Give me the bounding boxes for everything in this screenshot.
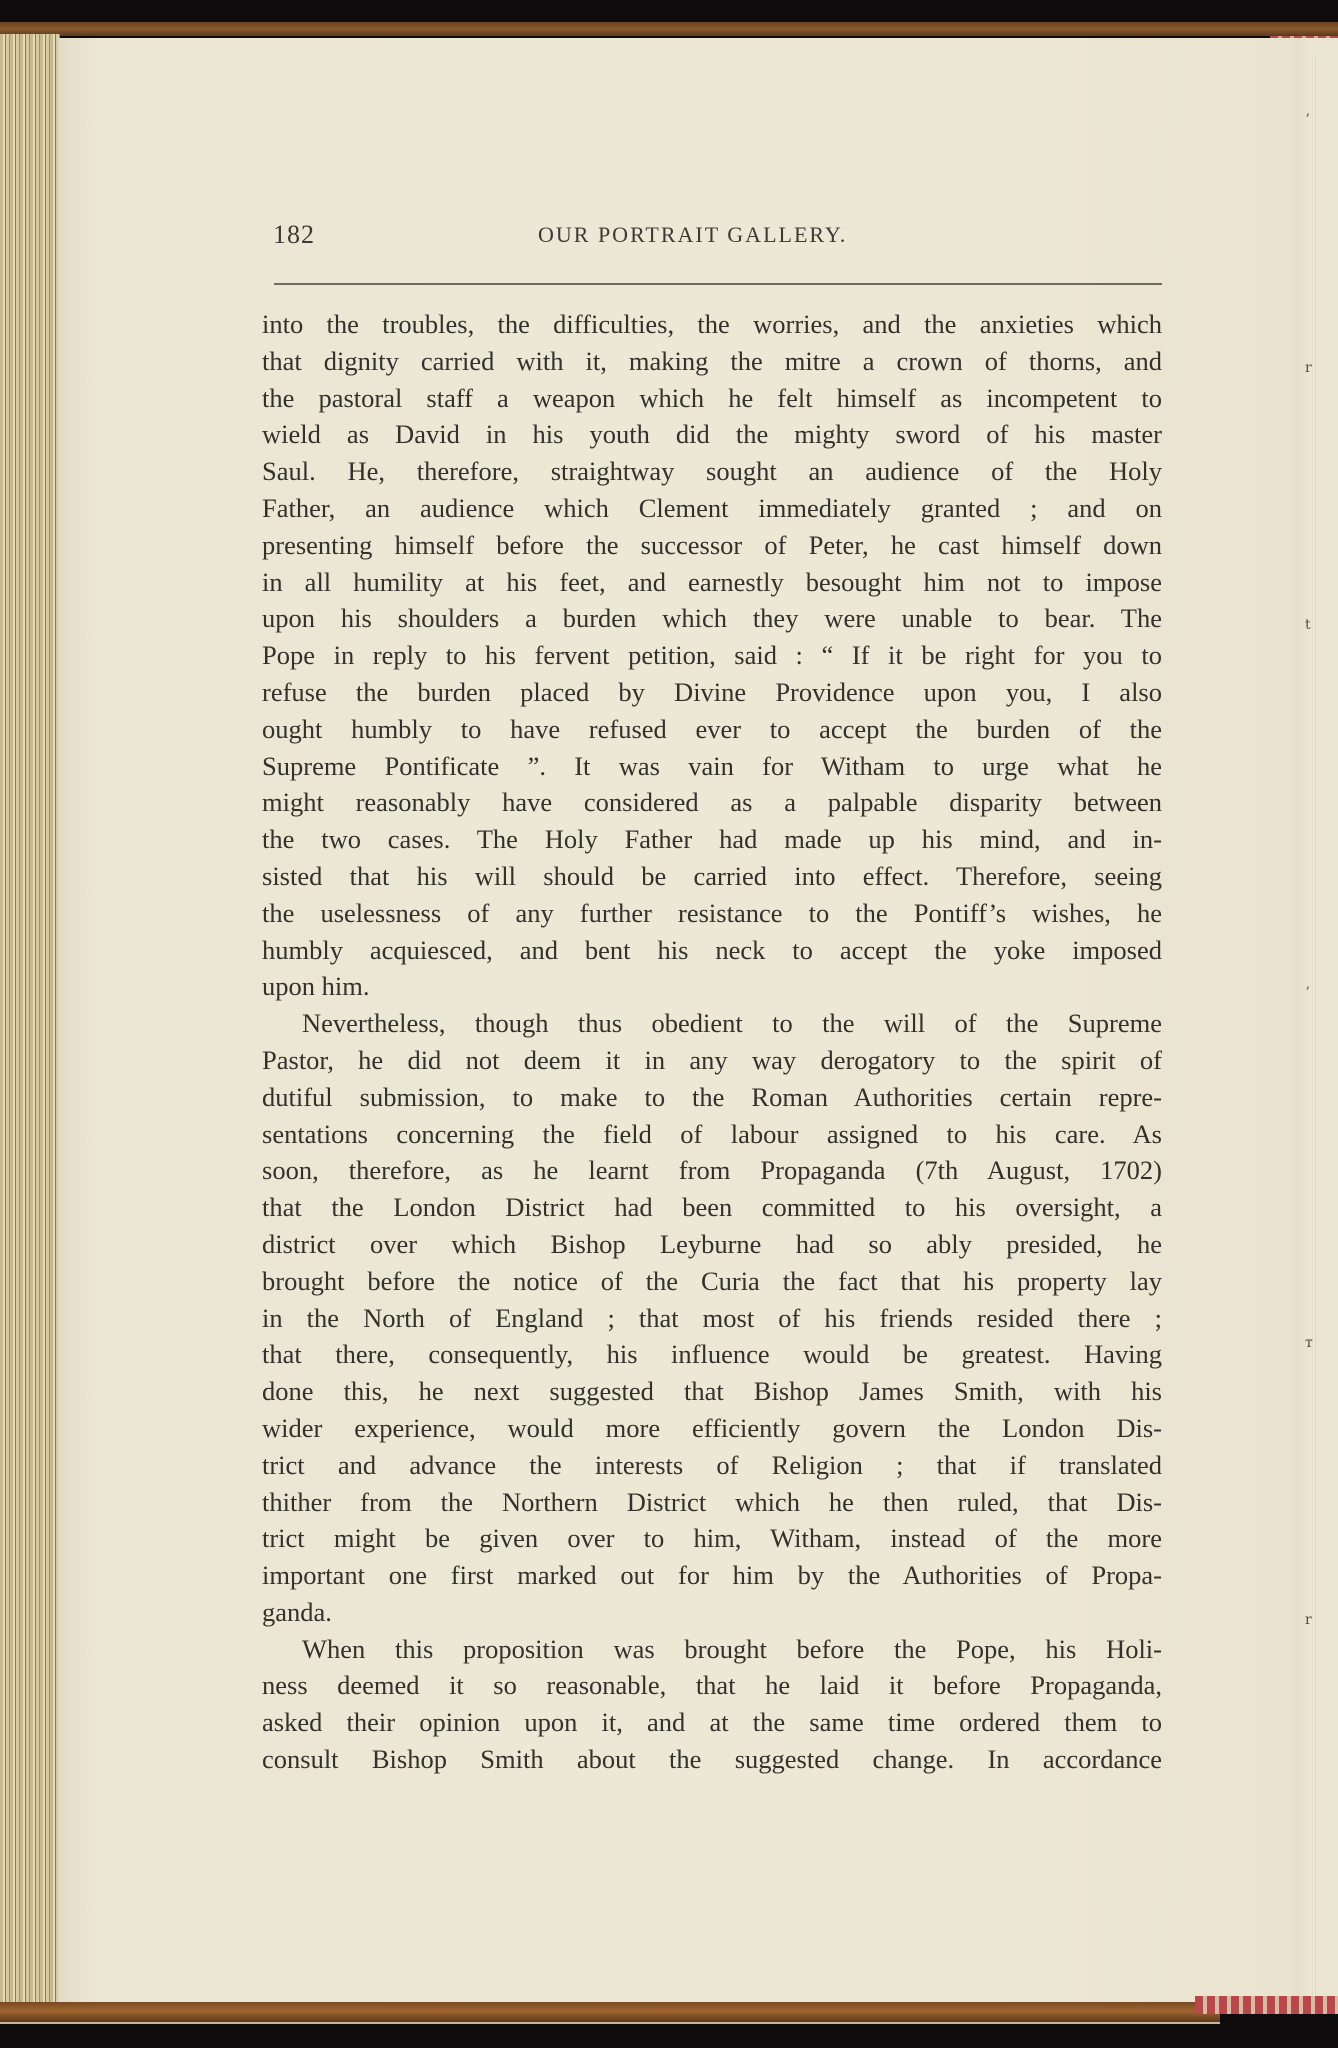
text-line: dutiful submission, to make to the Roman… bbox=[262, 1079, 1162, 1116]
book-cover-top-edge bbox=[0, 22, 1338, 36]
text-line: in all humility at his feet, and earnest… bbox=[262, 564, 1162, 601]
text-line: thither from the Northern District which… bbox=[262, 1484, 1162, 1521]
text-line: Supreme Pontificate ”. It was vain for W… bbox=[262, 748, 1162, 785]
header-rule bbox=[274, 283, 1162, 285]
page-number: 182 bbox=[273, 220, 315, 250]
page-stack-edges bbox=[0, 34, 60, 2009]
text-line: consult Bishop Smith about the suggested… bbox=[262, 1741, 1162, 1778]
text-line: asked their opinion upon it, and at the … bbox=[262, 1704, 1162, 1741]
text-line: presenting himself before the successor … bbox=[262, 527, 1162, 564]
text-line: wider experience, would more efficiently… bbox=[262, 1410, 1162, 1447]
page-gutter bbox=[1312, 55, 1316, 1995]
text-line: trict and advance the interests of Relig… bbox=[262, 1447, 1162, 1484]
text-line: might reasonably have considered as a pa… bbox=[262, 784, 1162, 821]
text-line: Pastor, he did not deem it in any way de… bbox=[262, 1042, 1162, 1079]
text-line: sisted that his will should be carried i… bbox=[262, 858, 1162, 895]
gutter-mark: r bbox=[1305, 1612, 1312, 1628]
text-line: the pastoral staff a weapon which he fel… bbox=[262, 380, 1162, 417]
running-head: 182 OUR PORTRAIT GALLERY. bbox=[273, 220, 1163, 254]
text-line: ought humbly to have refused ever to acc… bbox=[262, 711, 1162, 748]
gutter-mark: t bbox=[1305, 617, 1311, 633]
text-line: upon him. bbox=[262, 968, 1162, 1005]
text-line: ness deemed it so reasonable, that he la… bbox=[262, 1667, 1162, 1704]
paragraph-start-line: Nevertheless, though thus obedient to th… bbox=[262, 1005, 1162, 1042]
text-line: sentations concerning the field of labou… bbox=[262, 1116, 1162, 1153]
text-line: soon, therefore, as he learnt from Propa… bbox=[262, 1152, 1162, 1189]
gutter-mark: r bbox=[1305, 360, 1312, 376]
text-line: upon his shoulders a burden which they w… bbox=[262, 600, 1162, 637]
text-line: trict might be given over to him, Witham… bbox=[262, 1520, 1162, 1557]
book-cover-bottom-edge bbox=[0, 2002, 1220, 2024]
text-line: done this, he next suggested that Bishop… bbox=[262, 1373, 1162, 1410]
text-line: district over which Bishop Leyburne had … bbox=[262, 1226, 1162, 1263]
text-line: refuse the burden placed by Divine Provi… bbox=[262, 674, 1162, 711]
text-line: that the London District had been commit… bbox=[262, 1189, 1162, 1226]
running-title: OUR PORTRAIT GALLERY. bbox=[538, 222, 847, 248]
text-line: brought before the notice of the Curia t… bbox=[262, 1263, 1162, 1300]
gutter-mark: ʼ bbox=[1305, 985, 1309, 1001]
gutter-mark: ᴛ bbox=[1305, 1335, 1313, 1351]
text-line: Pope in reply to his fervent petition, s… bbox=[262, 637, 1162, 674]
text-line: that there, consequently, his influence … bbox=[262, 1336, 1162, 1373]
text-line: in the North of England ; that most of h… bbox=[262, 1300, 1162, 1337]
body-text: into the troubles, the difficulties, the… bbox=[262, 306, 1162, 1778]
text-line: humbly acquiesced, and bent his neck to … bbox=[262, 932, 1162, 969]
text-line: ganda. bbox=[262, 1594, 1162, 1631]
gutter-mark: ʼ bbox=[1305, 112, 1309, 128]
facing-page-edge-bottom bbox=[1195, 1996, 1338, 2014]
text-line: Father, an audience which Clement immedi… bbox=[262, 490, 1162, 527]
text-line: into the troubles, the difficulties, the… bbox=[262, 306, 1162, 343]
paragraph-start-line: When this proposition was brought before… bbox=[262, 1631, 1162, 1668]
text-line: important one first marked out for him b… bbox=[262, 1557, 1162, 1594]
text-line: the two cases. The Holy Father had made … bbox=[262, 821, 1162, 858]
text-line: wield as David in his youth did the migh… bbox=[262, 416, 1162, 453]
text-line: Saul. He, therefore, straightway sought … bbox=[262, 453, 1162, 490]
text-line: that dignity carried with it, making the… bbox=[262, 343, 1162, 380]
text-line: the uselessness of any further resistanc… bbox=[262, 895, 1162, 932]
